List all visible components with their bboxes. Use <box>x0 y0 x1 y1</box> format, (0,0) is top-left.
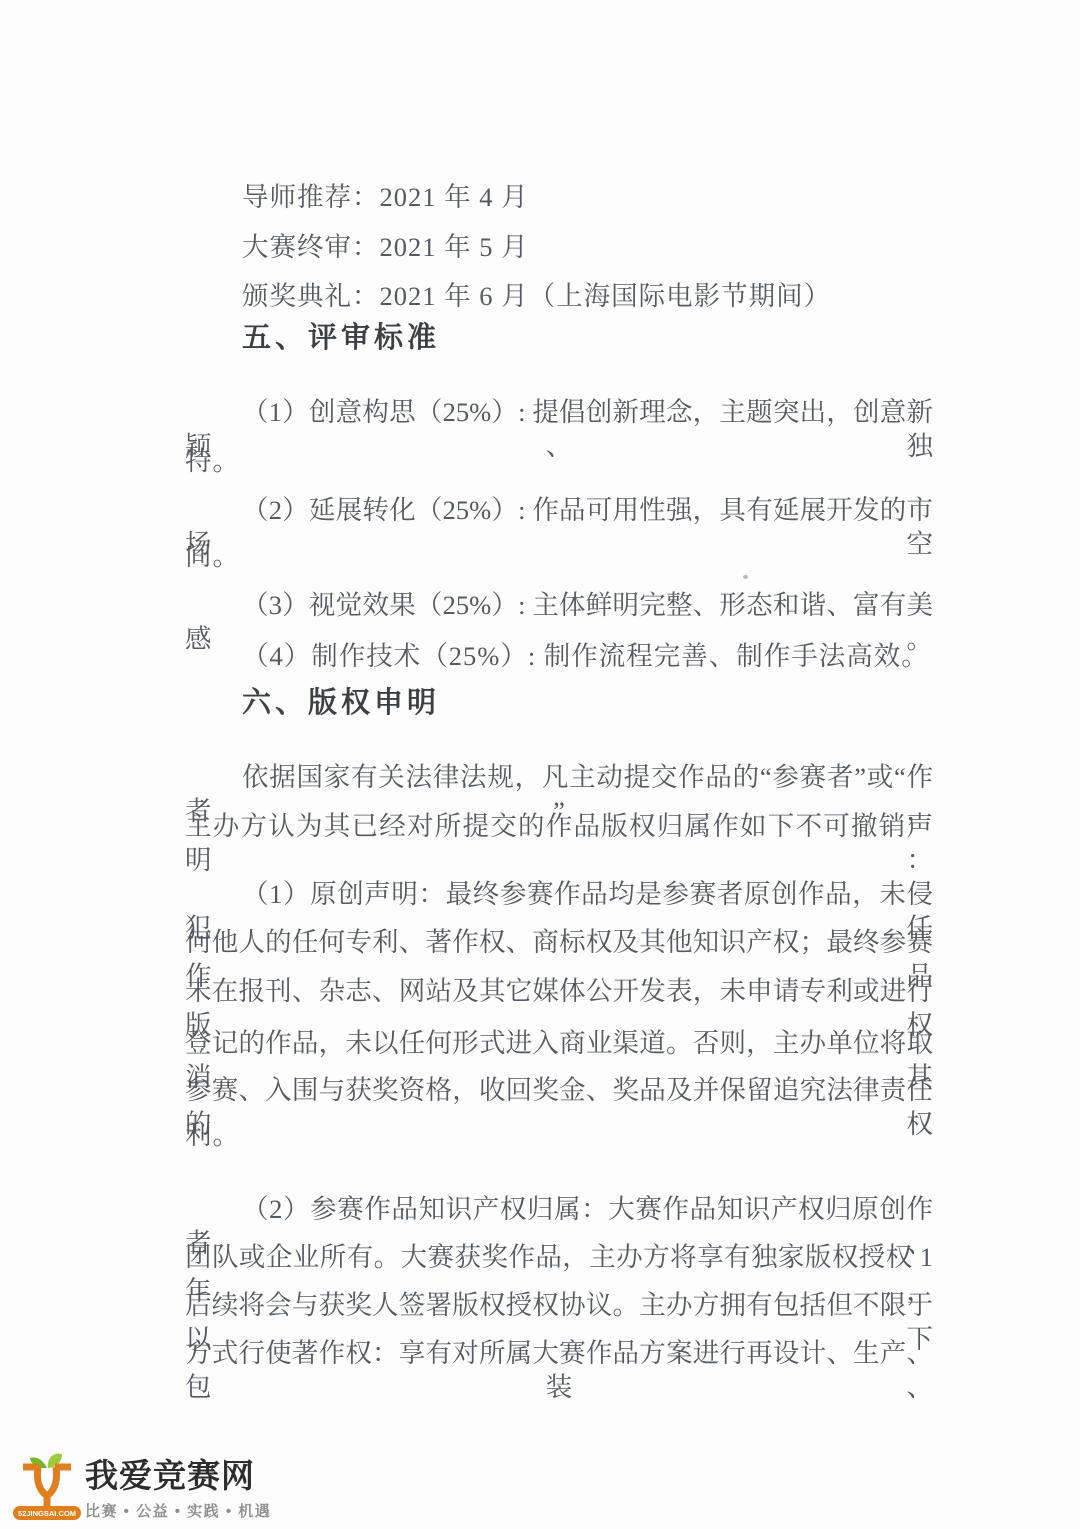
site-name: 我爱竞赛网 <box>85 1456 271 1496</box>
site-tagline: 比赛 • 公益 • 实践 • 机遇 <box>85 1500 271 1521</box>
paragraph-line: 利。 <box>185 1118 933 1152</box>
paragraph-line: （4）制作技术（25%）: 制作流程完善、制作手法高效。 <box>185 639 933 673</box>
scan-artifact-dot <box>743 575 748 579</box>
paragraph-line: 方式行使著作权：享有对所属大赛作品方案进行再设计、生产、包装、 <box>185 1336 933 1404</box>
section-heading-review-criteria: 五、评审标准 <box>242 321 990 355</box>
schedule-line-final-review: 大赛终审：2021 年 5 月 <box>185 230 933 264</box>
paragraph-line: 间。 <box>185 539 933 573</box>
paragraph-line: 特。 <box>185 444 933 478</box>
site-logo: 52JINGSAI.COM 我爱竞赛网 比赛 • 公益 • 实践 • 机遇 <box>13 1450 313 1525</box>
paragraph-line: 主办方认为其已经对所提交的作品版权归属作如下不可撤销声明： <box>185 809 933 877</box>
section-heading-copyright: 六、版权申明 <box>242 686 990 720</box>
schedule-line-mentor-recommendation: 导师推荐：2021 年 4 月 <box>185 180 933 214</box>
trophy-sprout-icon: 52JINGSAI.COM <box>13 1450 81 1522</box>
document-page: 导师推荐：2021 年 4 月 大赛终审：2021 年 5 月 颁奖典礼：202… <box>0 0 1080 1529</box>
logo-domain-text: 52JINGSAI.COM <box>18 1509 76 1518</box>
schedule-line-award-ceremony: 颁奖典礼：2021 年 6 月（上海国际电影节期间） <box>185 279 933 313</box>
